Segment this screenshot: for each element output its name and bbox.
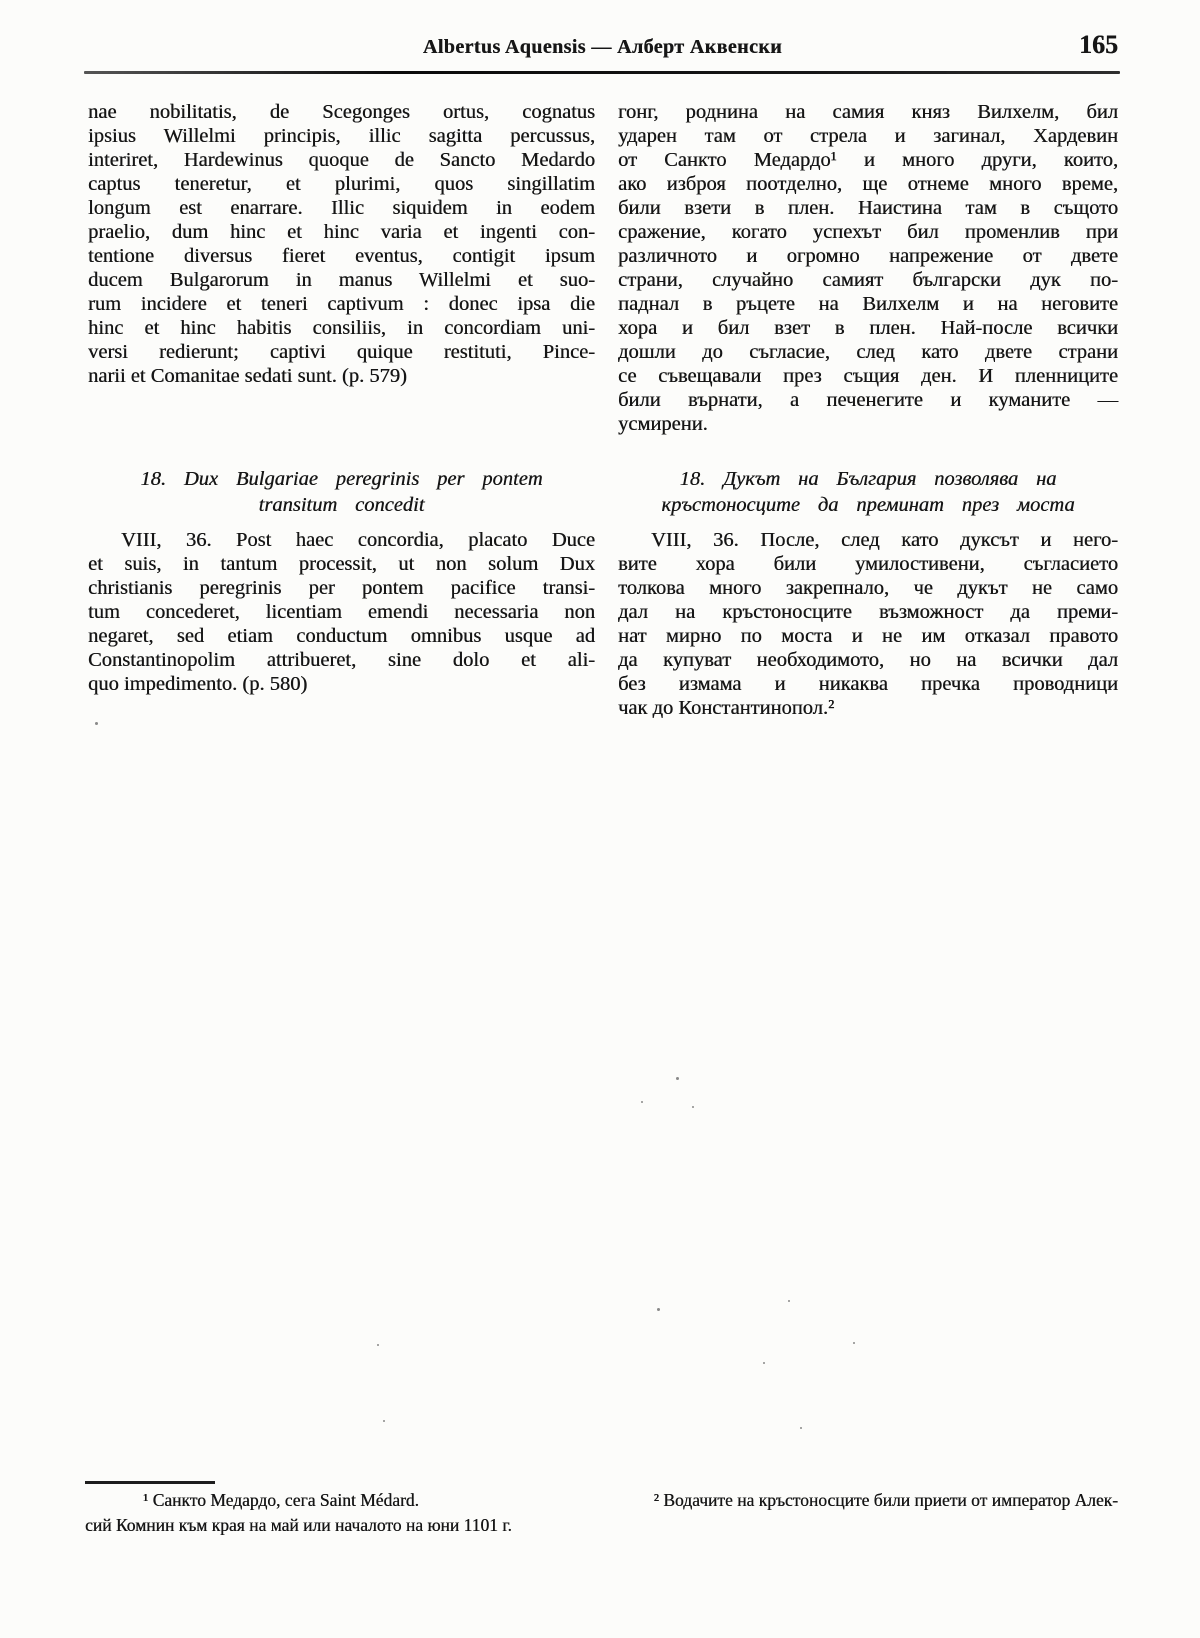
text-line: ipsius Willelmi principis, illic sagitta… (88, 124, 595, 148)
text-line: били взети в плен. Наистина там в същото (618, 196, 1118, 220)
text-line: чак до Константинопол.² (618, 696, 1118, 720)
text-line: толкова много закрепнало, че дукът не са… (618, 576, 1118, 600)
text-line: дошли до съгласие, след като двете стран… (618, 340, 1118, 364)
text-line: Constantinopolim attribueret, sine dolo … (88, 648, 595, 672)
scan-speck (377, 1344, 379, 1346)
latin-paragraph-2: VIII, 36. Post haec concordia, placato D… (88, 528, 595, 696)
text-line: се съвещавали през същия ден. И пленници… (618, 364, 1118, 388)
scan-speck (788, 1300, 790, 1302)
page-number: 165 (1079, 30, 1118, 60)
text-line: вите хора били умилостивени, съгласието (618, 552, 1118, 576)
bulgarian-section-heading: 18. Дукът на България позволява накръсто… (618, 466, 1118, 518)
text-line: кръстоносците да преминат през моста (618, 492, 1118, 518)
latin-paragraph-1: nae nobilitatis, de Scegonges ortus, cog… (88, 100, 595, 388)
scan-speck (800, 1427, 802, 1429)
text-line: от Санкто Медардо¹ и много други, които, (618, 148, 1118, 172)
text-line: без измама и никаква пречка проводници (618, 672, 1118, 696)
bulgarian-paragraph-2: VIII, 36. После, след като дуксът и него… (618, 528, 1118, 720)
scan-speck (853, 1342, 855, 1344)
text-line: VIII, 36. Post haec concordia, placato D… (88, 528, 595, 552)
latin-section-heading: 18. Dux Bulgariae peregrinis per pontemt… (88, 466, 595, 518)
footnote-2-part-2: сий Комнин към края на май или началото … (85, 1513, 1118, 1538)
text-line: 18. Dux Bulgariae peregrinis per pontem (88, 466, 595, 492)
text-line: ducem Bulgarorum in manus Willelmi et su… (88, 268, 595, 292)
book-page: Albertus Aquensis — Алберт Аквенски 165 … (0, 0, 1200, 1638)
text-line: различното и огромно напрежение от двете (618, 244, 1118, 268)
scan-speck (692, 1106, 694, 1108)
header-rule (84, 71, 1120, 74)
latin-column: nae nobilitatis, de Scegonges ortus, cog… (88, 100, 595, 720)
text-columns: nae nobilitatis, de Scegonges ortus, cog… (88, 100, 1118, 720)
text-line: да купуват необходимото, но на всички да… (618, 648, 1118, 672)
footnotes: ¹ Санкто Медардо, сега Saint Médard. ² В… (85, 1481, 1118, 1538)
text-line: rum incidere et teneri captivum : donec … (88, 292, 595, 316)
text-line: nae nobilitatis, de Scegonges ortus, cog… (88, 100, 595, 124)
text-line: praelio, dum hinc et hinc varia et ingen… (88, 220, 595, 244)
text-line: ако изброя поотделно, ще отнеме много вр… (618, 172, 1118, 196)
text-line: 18. Дукът на България позволява на (618, 466, 1118, 492)
scan-speck (676, 1077, 679, 1080)
footnote-rule (85, 1481, 215, 1484)
bulgarian-paragraph-1: гонг, роднина на самия княз Вилхелм, бил… (618, 100, 1118, 436)
text-line: сражение, когато успехът бил променлив п… (618, 220, 1118, 244)
text-line: et suis, in tantum processit, ut non sol… (88, 552, 595, 576)
scan-speck (641, 1101, 643, 1103)
text-line: negaret, sed etiam conductum omnibus usq… (88, 624, 595, 648)
scan-speck (383, 1420, 385, 1422)
text-line: нат мирно по моста и не им отказал право… (618, 624, 1118, 648)
footnote-line-1: ¹ Санкто Медардо, сега Saint Médard. ² В… (85, 1488, 1118, 1513)
text-line: captus teneretur, et plurimi, quos singi… (88, 172, 595, 196)
text-line: били върнати, а печенегите и куманите — (618, 388, 1118, 412)
text-line: christianis peregrinis per pontem pacifi… (88, 576, 595, 600)
text-line: hinc et hinc habitis consiliis, in conco… (88, 316, 595, 340)
text-line: narii et Comanitae sedati sunt. (p. 579) (88, 364, 595, 388)
scan-speck (95, 722, 98, 725)
footnote-2-part-1: ² Водачите на кръстоносците били приети … (654, 1488, 1118, 1513)
running-title: Albertus Aquensis — Алберт Аквенски (85, 36, 1120, 59)
text-line: усмирени. (618, 412, 1118, 436)
text-line: tentione diversus fieret eventus, contig… (88, 244, 595, 268)
text-line: страни, случайно самият български дук по… (618, 268, 1118, 292)
text-line: ударен там от стрела и загинал, Хардевин (618, 124, 1118, 148)
text-line: versi redierunt; captivi quique restitut… (88, 340, 595, 364)
text-line: interiret, Hardewinus quoque de Sancto M… (88, 148, 595, 172)
bulgarian-column: гонг, роднина на самия княз Вилхелм, бил… (618, 100, 1118, 720)
scan-speck (763, 1362, 765, 1364)
footnote-1: ¹ Санкто Медардо, сега Saint Médard. (85, 1488, 419, 1513)
text-line: transitum concedit (88, 492, 595, 518)
text-line: tum concederet, licentiam emendi necessa… (88, 600, 595, 624)
text-line: longum est enarrare. Illic siquidem in e… (88, 196, 595, 220)
text-line: quo impedimento. (p. 580) (88, 672, 595, 696)
scan-speck (657, 1308, 660, 1311)
text-line: гонг, роднина на самия княз Вилхелм, бил (618, 100, 1118, 124)
text-line: хора и бил взет в плен. Най-после всички (618, 316, 1118, 340)
text-line: VIII, 36. После, след като дуксът и него… (618, 528, 1118, 552)
page-header: Albertus Aquensis — Алберт Аквенски 165 (85, 36, 1120, 68)
text-line: дал на кръстоносците възможност да преми… (618, 600, 1118, 624)
text-line: паднал в ръцете на Вилхелм и на неговите (618, 292, 1118, 316)
